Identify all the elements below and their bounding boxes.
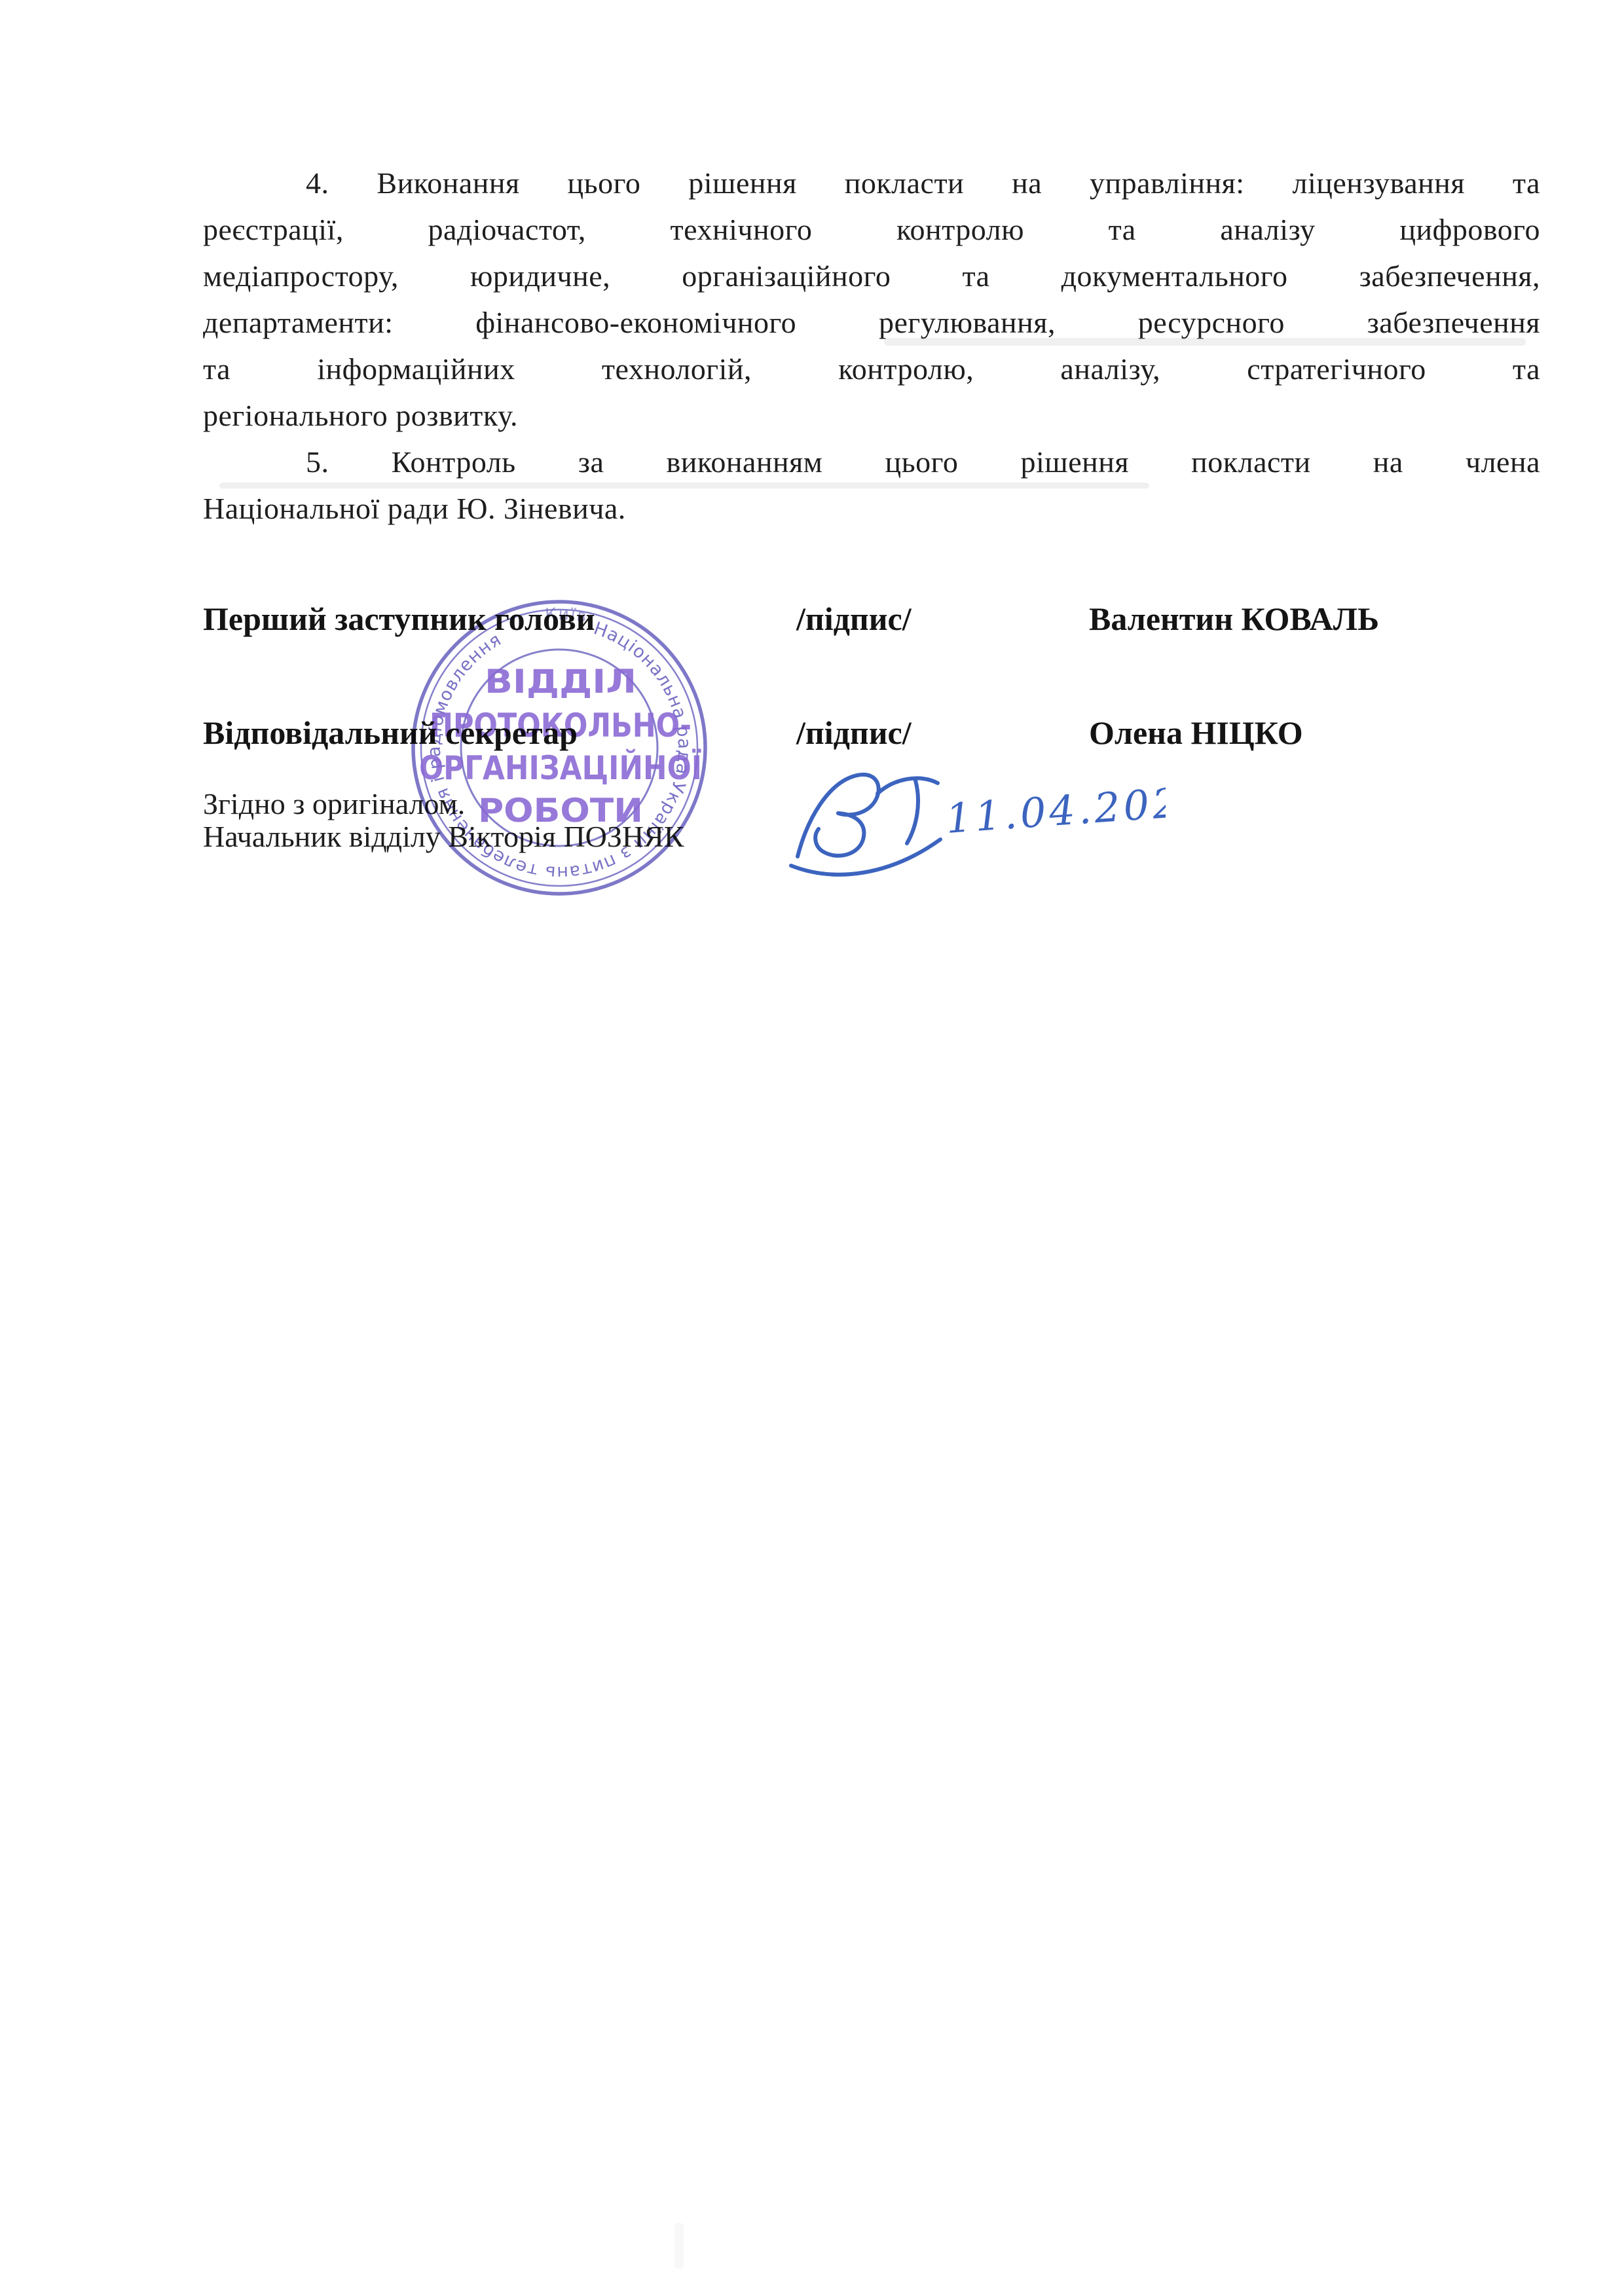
stamp-mid-ring [421, 610, 697, 886]
official-round-stamp: Національна рада України з питань телеба… [410, 600, 709, 898]
signatory-2-name: Олена НІЦКО [1089, 713, 1303, 752]
signatory-1-name: Валентин КОВАЛЬ [1089, 599, 1379, 638]
stamp-outer-ring [413, 602, 705, 894]
scan-artifact [219, 483, 1149, 488]
paragraph-5-line: 5. Контроль за виконанням цього рішення … [203, 439, 1540, 485]
handwritten-signature-block: 11.04.2025 [786, 753, 1166, 897]
stamp-center-line-2: ПРОТОКОЛЬНО- [430, 707, 692, 744]
handwritten-date: 11.04.2025 [944, 777, 1166, 843]
stamp-city-text: Київ [544, 604, 589, 627]
stamp-center-line-1: ВІДДІЛ [485, 663, 637, 701]
paragraph-4-line: 4. Виконання цього рішення покласти на у… [203, 160, 1540, 206]
document-page: 4. Виконання цього рішення покласти на у… [0, 0, 1624, 2295]
scan-artifact [674, 2223, 684, 2269]
scan-artifact [884, 338, 1526, 346]
signatory-2-signature-placeholder: /підпис/ [796, 713, 912, 752]
paragraph-5-line: Національної ради Ю. Зіневича. [203, 485, 1540, 532]
stamp-center-line-3: ОРГАНІЗАЦІЙНОЇ [419, 748, 702, 787]
body-text: 4. Виконання цього рішення покласти на у… [203, 160, 1540, 532]
paragraph-4-line: та інформаційних технологій, контролю, а… [203, 346, 1540, 392]
paragraph-4-line: регіонального розвитку. [203, 392, 1540, 439]
paragraph-4-line: реєстрації, радіочастот, технічного конт… [203, 206, 1540, 253]
svg-text:Київ: Київ [544, 604, 589, 627]
signature-monogram [791, 775, 940, 875]
signatory-1-signature-placeholder: /підпис/ [796, 599, 912, 638]
paragraph-4-line: медіапростору, юридичне, організаційного… [203, 253, 1540, 299]
stamp-center-line-4: РОБОТИ [478, 792, 643, 830]
